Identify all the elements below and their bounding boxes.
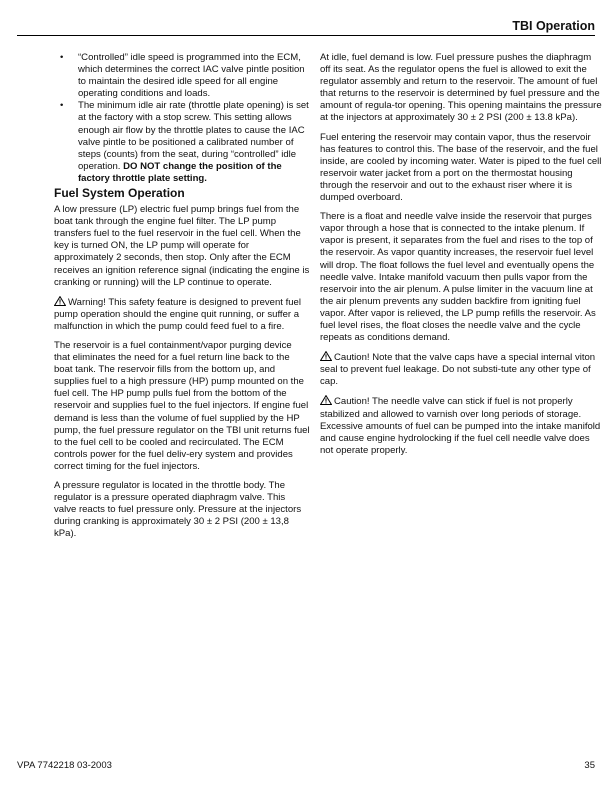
bullet-item: • “Controlled” idle speed is programmed … — [54, 52, 310, 100]
header-divider — [17, 35, 595, 36]
paragraph-float-needle: There is a float and needle valve inside… — [320, 211, 604, 344]
warning-triangle-icon — [320, 351, 332, 361]
left-column: • “Controlled” idle speed is programmed … — [54, 52, 310, 547]
paragraph-lp-pump: A low pressure (LP) electric fuel pump b… — [54, 204, 310, 289]
paragraph-vapor: Fuel entering the reservoir may contain … — [320, 132, 604, 205]
bullet-icon: • — [60, 52, 63, 64]
warning-paragraph: Warning! This safety feature is designed… — [54, 296, 310, 333]
caution-text: Caution! Note that the valve caps have a… — [320, 352, 595, 387]
warning-triangle-icon — [320, 395, 332, 405]
bullet-item: • The minimum idle air rate (throttle pl… — [54, 100, 310, 185]
caution-paragraph-valve-caps: Caution! Note that the valve caps have a… — [320, 351, 604, 388]
caution-paragraph-needle-valve: Caution! The needle valve can stick if f… — [320, 395, 604, 456]
section-heading: Fuel System Operation — [54, 186, 310, 200]
bullet-icon: • — [60, 100, 63, 112]
footer-page-number: 35 — [584, 760, 595, 771]
warning-triangle-icon — [54, 296, 66, 306]
page-header-title: TBI Operation — [512, 19, 595, 33]
paragraph-reservoir: The reservoir is a fuel containment/vapo… — [54, 340, 310, 473]
paragraph-pressure-regulator: A pressure regulator is located in the t… — [54, 480, 310, 540]
footer-document-id: VPA 7742218 03-2003 — [17, 760, 112, 771]
bullet-text: “Controlled” idle speed is programmed in… — [78, 52, 305, 99]
paragraph-idle-demand: At idle, fuel demand is low. Fuel pressu… — [320, 52, 604, 125]
idle-bullet-list: • “Controlled” idle speed is programmed … — [54, 52, 310, 185]
caution-text: Caution! The needle valve can stick if f… — [320, 396, 600, 455]
warning-text: Warning! This safety feature is designed… — [54, 297, 301, 332]
right-column: At idle, fuel demand is low. Fuel pressu… — [320, 52, 604, 464]
